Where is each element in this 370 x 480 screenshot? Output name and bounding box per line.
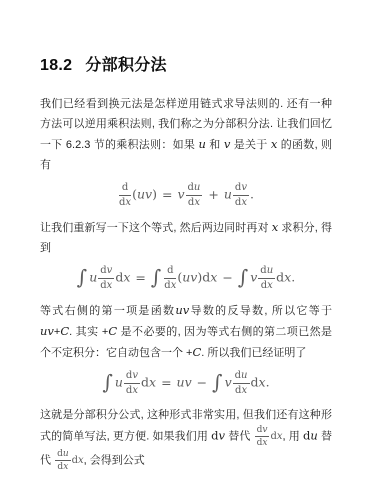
math-var-C: C — [60, 324, 69, 338]
integral-icon: ∫ — [151, 265, 161, 289]
math-var-v: v — [241, 182, 247, 193]
period: . — [250, 187, 254, 202]
inline-math-dudx-dx: dudxdx — [54, 455, 84, 466]
paragraph-intro: 我们已经看到换元法是怎样逆用链式求导法则的. 还有一种方法可以逆用乘积法则, 我… — [40, 94, 332, 175]
text-run: 让我们重新写一下这个等式, 然后两边同时再对 — [40, 222, 272, 234]
integral-icon: ∫ — [212, 370, 222, 394]
period: . — [266, 375, 270, 390]
text-run: . 所以我们已经证明了 — [201, 347, 306, 359]
math-var-x: x — [63, 462, 68, 472]
paragraph-rewrite: 让我们重新写一下这个等式, 然后两边同时再对 x 求积分, 得到 — [40, 217, 332, 258]
plus-sign: + — [208, 187, 218, 202]
minus-sign: − — [197, 375, 207, 390]
math-var-x: x — [149, 375, 156, 390]
fraction-du-dx: dudx — [258, 265, 275, 291]
text-run: 等式右侧的第一项是函数 — [40, 305, 175, 317]
text-run: , 会得到公式 — [84, 454, 145, 466]
text-run: . 其实 + — [69, 326, 108, 338]
math-var-u: u — [224, 187, 232, 202]
math-var-x: x — [171, 280, 177, 291]
text-run: , 用 — [283, 430, 304, 442]
math-var-x: x — [267, 280, 273, 291]
fraction-d-dx: ddx — [164, 265, 176, 291]
math-var-u: u — [115, 375, 123, 390]
math-var-u: u — [63, 449, 69, 459]
paragraph-shorthand: 这就是分部积分公式, 这种形式非常实用, 但我们还有这种形式的简单写法, 更方便… — [40, 405, 332, 472]
math-var-uv: uv — [182, 270, 197, 285]
fraction-du-dx: dudx — [233, 370, 250, 396]
minus-sign: − — [222, 270, 232, 285]
math-var-uv: uv — [175, 303, 189, 317]
integral-icon: ∫ — [77, 265, 87, 289]
math-var-v: v — [132, 370, 138, 381]
equals-sign: = — [135, 270, 145, 285]
math-var-x: x — [107, 280, 113, 291]
section-heading: 18.2分部积分法 — [40, 52, 332, 75]
math-du: du — [303, 428, 318, 442]
math-dv: dv — [211, 428, 225, 442]
fraction-dv-dx: dvdx — [255, 425, 270, 449]
math-var-v: v — [107, 265, 113, 276]
section-title: 分部积分法 — [85, 57, 167, 74]
fraction-d-dx: ddx — [119, 182, 131, 208]
equals-sign: = — [162, 187, 172, 202]
integral-icon: ∫ — [102, 370, 112, 394]
math-var-x: x — [125, 197, 131, 208]
inline-math-dvdx-dx: dvdxdx — [254, 431, 283, 442]
math-var-C: C — [192, 345, 201, 359]
text-run: 节的乘积法则：如果 — [90, 139, 198, 151]
math-var-uv: uv — [177, 375, 192, 390]
integral-icon: ∫ — [238, 265, 248, 289]
text-run: 和 — [206, 139, 224, 151]
paragraph-constant-note: 等式右侧的第一项是函数uv导数的反导数, 所以它等于uv+C. 其实 +C 是不… — [40, 300, 332, 363]
math-var-x: x — [194, 197, 200, 208]
formula-product-rule: ddx(uv)=vdudx+udvdx. — [40, 182, 332, 208]
fraction-dv-dx: dvdx — [233, 182, 249, 208]
math-var-u: u — [194, 182, 200, 193]
math-var-C: C — [108, 324, 117, 338]
math-var-u: u — [267, 265, 273, 276]
text-run: 是关于 — [230, 139, 271, 151]
math-var-v: v — [262, 425, 267, 435]
equals-sign: = — [161, 375, 171, 390]
period: . — [291, 270, 295, 285]
fraction-du-dx: dudx — [55, 449, 71, 473]
math-var-u: u — [199, 137, 206, 151]
math-var-x: x — [241, 385, 247, 396]
math-var-uv: uv — [137, 187, 152, 202]
math-var-v: v — [225, 375, 232, 390]
math-var-x: x — [132, 385, 138, 396]
math-var-uv: uv — [40, 324, 54, 338]
fraction-dv-dx: dvdx — [98, 265, 114, 291]
paren-close: ) — [152, 187, 157, 202]
math-d: d — [251, 375, 259, 390]
math-var-x: x — [210, 270, 217, 285]
text-run: 导数的反导数, 所以它等于 — [189, 305, 332, 317]
text-run: 替代 — [225, 430, 254, 442]
fraction-du-dx: dudx — [186, 182, 203, 208]
math-d: d — [167, 265, 173, 276]
math-var-x: x — [241, 197, 247, 208]
fraction-dv-dx: dvdx — [124, 370, 140, 396]
math-var-u: u — [89, 270, 97, 285]
math-d: d — [141, 375, 149, 390]
math-d: d — [122, 182, 128, 193]
math-var-v: v — [250, 270, 257, 285]
section-number: 18.2 — [40, 57, 72, 74]
math-d: d — [276, 270, 284, 285]
math-var-x: x — [123, 270, 130, 285]
math-var-v: v — [177, 187, 184, 202]
formula-integrated: ∫udvdxdx=∫ddx(uv)dx−∫vdudxdx. — [40, 265, 332, 291]
page: 18.2分部积分法 我们已经看到换元法是怎样逆用链式求导法则的. 还有一种方法可… — [0, 0, 370, 480]
section-ref: 6.2.3 — [66, 139, 90, 151]
math-var-x: x — [259, 375, 266, 390]
math-var-x: x — [262, 438, 267, 448]
formula-integration-by-parts: ∫udvdxdx=uv−∫vdudxdx. — [40, 370, 332, 396]
math-var-u: u — [241, 370, 247, 381]
